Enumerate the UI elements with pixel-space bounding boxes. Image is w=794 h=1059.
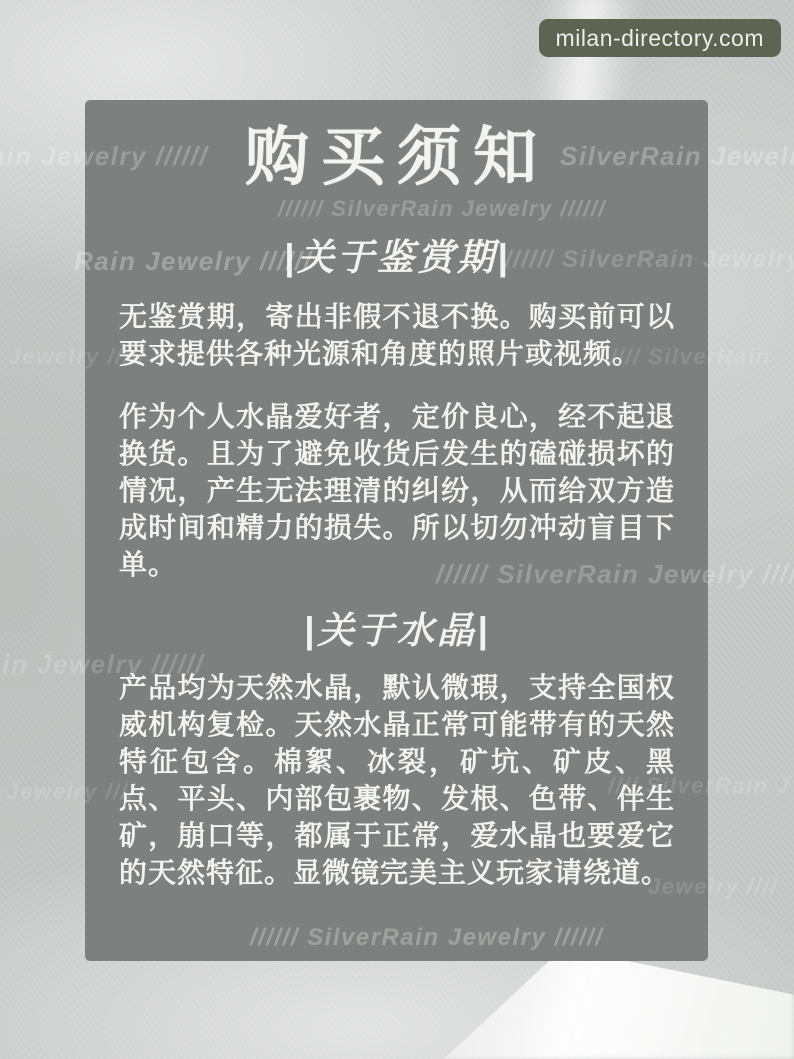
notice-card: 购买须知 |关于鉴赏期| 无鉴赏期，寄出非假不退不换。购买前可以要求提供各种光源… — [85, 100, 708, 961]
page-background: milan-directory.com 购买须知 |关于鉴赏期| 无鉴赏期，寄出… — [0, 0, 794, 1059]
light-streak-top — [531, 0, 641, 115]
paragraph-no-appreciation-period: 无鉴赏期，寄出非假不退不换。购买前可以要求提供各种光源和角度的照片或视频。 — [119, 298, 675, 372]
notice-card-content: 购买须知 |关于鉴赏期| 无鉴赏期，寄出非假不退不换。购买前可以要求提供各种光源… — [119, 118, 675, 891]
section-heading-about-crystal: |关于水晶| — [119, 607, 675, 655]
notice-title: 购买须知 — [119, 118, 675, 198]
paragraph-no-returns-reason: 作为个人水晶爱好者，定价良心，经不起退换货。且为了避免收货后发生的磕碰损坏的情况… — [119, 398, 675, 583]
paragraph-natural-crystal-features: 产品均为天然水晶，默认微瑕，支持全国权威机构复检。天然水晶正常可能带有的天然特征… — [119, 669, 675, 891]
section-heading-appreciation-period: |关于鉴赏期| — [119, 234, 675, 282]
site-watermark-badge: milan-directory.com — [539, 19, 781, 57]
light-streak-bottom — [396, 948, 794, 1059]
